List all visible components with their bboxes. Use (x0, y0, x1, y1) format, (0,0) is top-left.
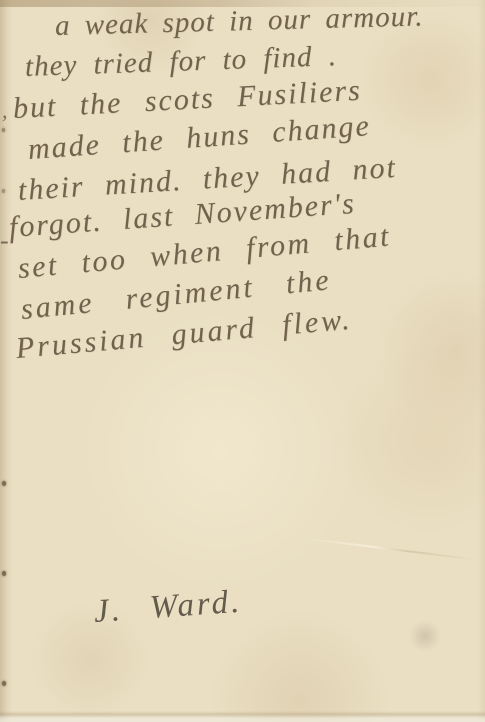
stitch-hole (2, 571, 6, 576)
stitch-hole (2, 189, 5, 193)
paper-crease (301, 537, 480, 561)
stray-ink-mark: - (0, 226, 9, 256)
stray-ink-mark: , (2, 98, 8, 124)
stitch-hole (2, 681, 6, 686)
stitch-hole (2, 128, 5, 132)
stitch-hole (2, 481, 6, 486)
handwritten-line-1: a weak spot in our armour. (55, 0, 424, 43)
notebook-page: , - a weak spot in our armour. they trie… (0, 0, 485, 722)
signature: J. Ward. (93, 584, 244, 631)
